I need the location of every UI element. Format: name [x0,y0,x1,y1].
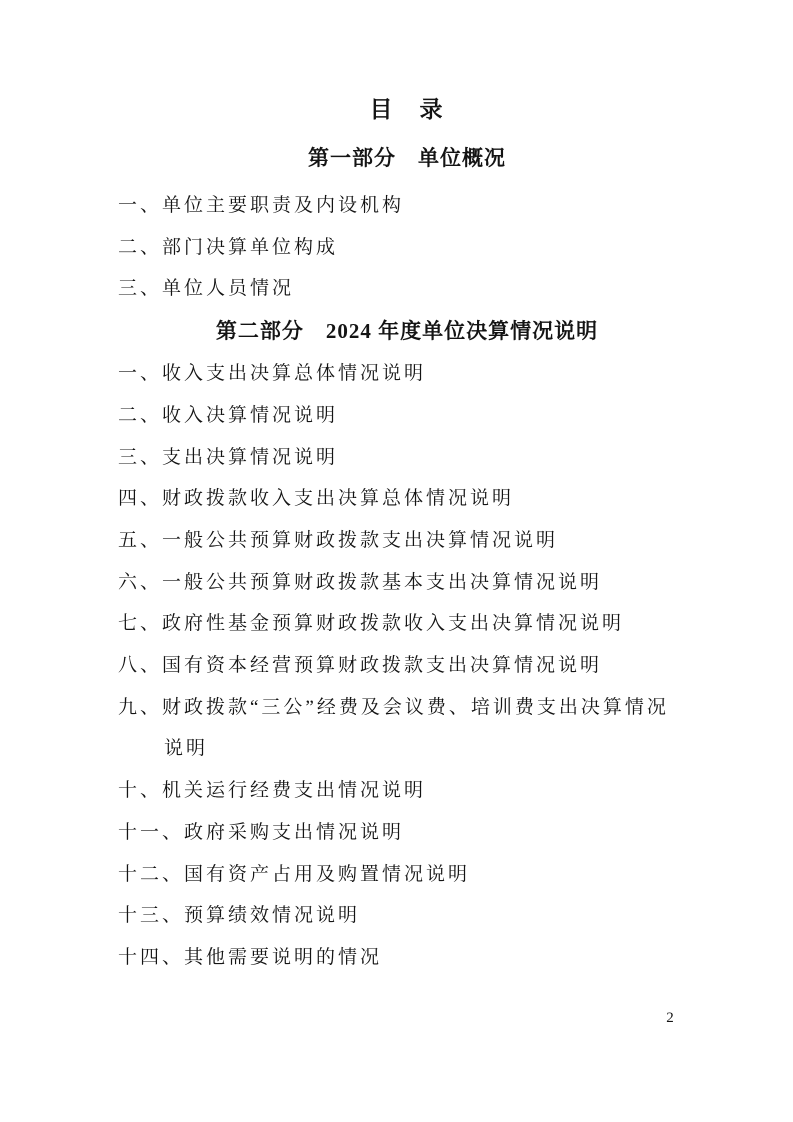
section-heading-part1: 第一部分 单位概况 [118,142,696,174]
toc-item: 十二、国有资产占用及购置情况说明 [118,854,696,896]
page-number: 2 [660,1004,680,1032]
toc-item: 四、财政拨款收入支出决算总体情况说明 [118,478,696,520]
toc-item: 十四、其他需要说明的情况 [118,937,696,979]
toc-item: 一、收入支出决算总体情况说明 [118,353,696,395]
toc-item: 十一、政府采购支出情况说明 [118,812,696,854]
toc-item: 三、支出决算情况说明 [118,437,696,479]
toc-list-part1: 一、单位主要职责及内设机构 二、部门决算单位构成 三、单位人员情况 [118,185,696,310]
toc-item: 二、收入决算情况说明 [118,395,696,437]
toc-item: 十三、预算绩效情况说明 [118,895,696,937]
document-page: 目 录 第一部分 单位概况 一、单位主要职责及内设机构 二、部门决算单位构成 三… [0,0,793,1122]
toc-item: 五、一般公共预算财政拨款支出决算情况说明 [118,520,696,562]
toc-item: 八、国有资本经营预算财政拨款支出决算情况说明 [118,645,696,687]
toc-item: 三、单位人员情况 [118,268,696,310]
toc-list-part2: 一、收入支出决算总体情况说明 二、收入决算情况说明 三、支出决算情况说明 四、财… [118,353,696,979]
page-title: 目 录 [118,94,696,126]
toc-item: 六、一般公共预算财政拨款基本支出决算情况说明 [118,562,696,604]
toc-item: 十、机关运行经费支出情况说明 [118,770,696,812]
toc-item: 一、单位主要职责及内设机构 [118,185,696,227]
toc-item: 七、政府性基金预算财政拨款收入支出决算情况说明 [118,603,696,645]
toc-content: 目 录 第一部分 单位概况 一、单位主要职责及内设机构 二、部门决算单位构成 三… [118,94,696,979]
toc-item: 九、财政拨款“三公”经费及会议费、培训费支出决算情况 说明 [118,687,696,770]
toc-item: 二、部门决算单位构成 [118,227,696,269]
section-heading-part2: 第二部分 2024 年度单位决算情况说明 [118,315,696,347]
